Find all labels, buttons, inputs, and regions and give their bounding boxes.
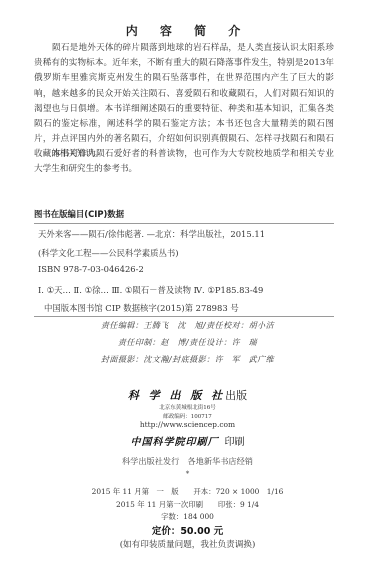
price: 定价：50.00 元 [0, 523, 375, 537]
publisher-postcode: 邮政编码：100717 [0, 412, 375, 420]
publisher-line: 科 学 出 版 社出版 [0, 387, 375, 403]
distribution-line: 科学出版社发行 各地新华书店经销 [0, 456, 375, 467]
summary-paragraph-1: 陨石是地外天体的碎片陨落到地球的岩石样品，是人类直接认识太阳系珍贵稀有的实物标本… [34, 41, 334, 163]
printing-line: 2015 年 11 月第一次印刷 印张：9 1/4 [0, 499, 375, 510]
cip-classification-line: Ⅰ. ①天… Ⅱ. ①徐… Ⅲ. ①陨石－普及读物 Ⅳ. ①P185.83-49 [38, 284, 263, 296]
printer-suffix: 印刷 [225, 437, 245, 448]
cip-series-line: (科学文化工程——公民科学素质丛书) [38, 247, 179, 259]
summary-paragraph-2: 本书可作为陨石爱好者的科普读物，也可作为大专院校地质学和相关专业大学生和研究生的… [34, 147, 334, 177]
publisher-address: 北京东黄城根北街16号 [0, 403, 375, 411]
publisher-logo-text: 科 学 出 版 社 [128, 389, 225, 402]
cip-record-number: 中国版本图书馆 CIP 数据核字(2015)第 278983 号 [44, 302, 239, 314]
cip-heading: 图书在版编目(CIP)数据 [34, 208, 124, 220]
printer-line: 中国科学院印刷厂印刷 [0, 433, 375, 448]
word-count: 字数：184 000 [0, 511, 375, 522]
credit-photography: 封面摄影：沈文瀚/封底摄影：许 军 武广维 [0, 354, 375, 365]
quality-note: (如有印装质量问题，我社负责调换) [0, 538, 375, 550]
printer-logo-text: 中国科学院印刷厂 [131, 437, 219, 448]
page-title: 内 容 简 介 [0, 22, 375, 39]
credit-editors: 责任编辑：王腾飞 沈 旭/责任校对：胡小洁 [0, 320, 375, 331]
separator-star: * [0, 470, 375, 478]
publisher-suffix: 出版 [225, 389, 247, 402]
cip-top-divider [34, 223, 334, 224]
cip-isbn-line: ISBN 978-7-03-046426-2 [38, 264, 144, 274]
publisher-url: http://www.sciencep.com [0, 420, 375, 429]
edition-line: 2015 年 11 月第 一 版 开本：720 × 1000 1/16 [0, 486, 375, 497]
credit-production: 责任印制：赵 博/责任设计：许 瑞 [0, 337, 375, 348]
cip-title-line: 天外来客——陨石/徐伟彪著. —北京：科学出版社，2015.11 [38, 228, 265, 240]
cip-bottom-divider [34, 316, 334, 317]
